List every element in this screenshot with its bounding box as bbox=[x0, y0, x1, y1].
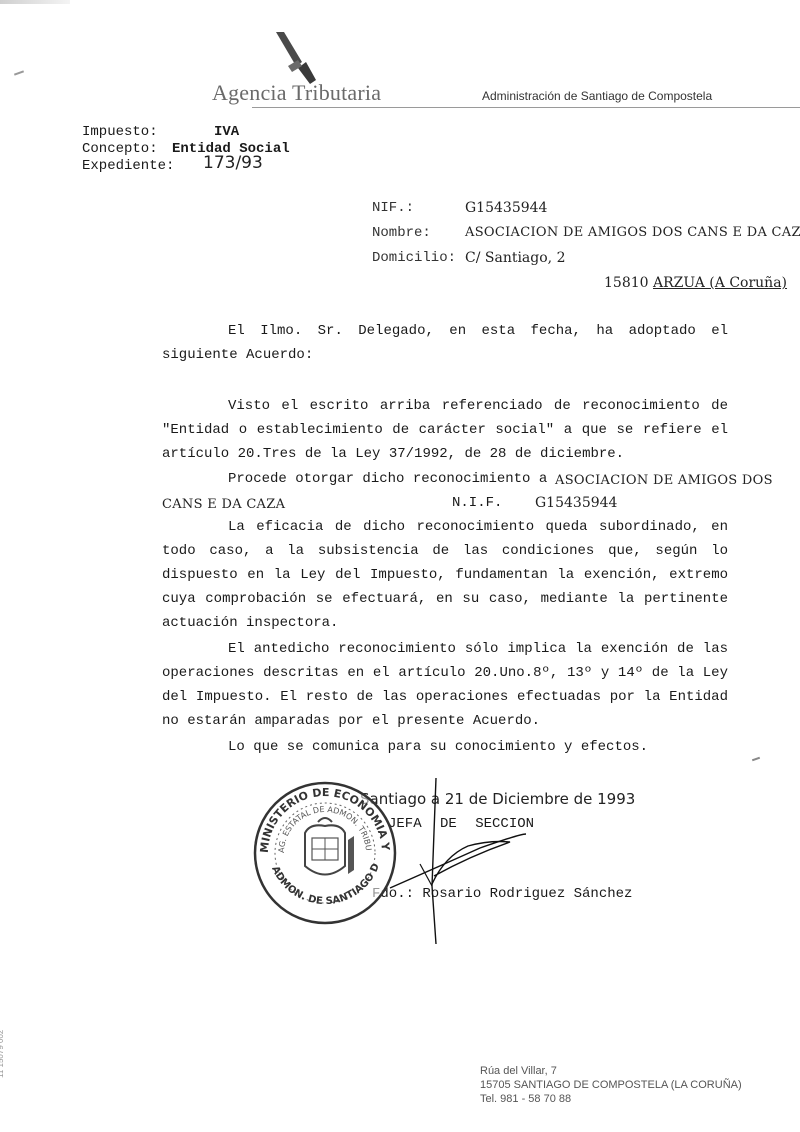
form-code: 11 15079 002 bbox=[0, 1030, 5, 1078]
postal-code: 15810 bbox=[604, 275, 649, 291]
header-divider bbox=[252, 107, 800, 108]
footer-city: 15705 SANTIAGO DE COMPOSTELA (LA CORUÑA) bbox=[480, 1078, 742, 1092]
footer-street: Rúa del Villar, 7 bbox=[480, 1064, 742, 1078]
agency-name: Agencia Tributaria bbox=[212, 80, 381, 106]
addressee-city-line: 15810 ARZUA (A Coruña) bbox=[604, 275, 787, 291]
city: ARZUA (A Coruña) bbox=[653, 275, 787, 291]
para1-text: Visto el escrito arriba referenciado de … bbox=[162, 394, 728, 466]
paragraph-5: Lo que se comunica para su conocimiento … bbox=[162, 735, 728, 759]
nif-value: G15435944 bbox=[465, 200, 547, 216]
para2-line1: Procede otorgar dicho reconocimiento a A… bbox=[162, 467, 728, 491]
impuesto-value: IVA bbox=[214, 124, 239, 141]
domicilio-label: Domicilio: bbox=[372, 250, 456, 266]
expediente-label: Expediente: bbox=[82, 158, 174, 175]
footer-phone: Tel. 981 - 58 70 88 bbox=[480, 1092, 742, 1106]
para2-nif-value: G15435944 bbox=[535, 491, 617, 515]
domicilio-value: C/ Santiago, 2 bbox=[465, 250, 565, 266]
para3-text: La eficacia de dicho reconocimiento qued… bbox=[162, 515, 728, 635]
para2-text: Procede otorgar dicho reconocimiento a bbox=[228, 467, 547, 491]
scan-mark-artifact bbox=[14, 70, 24, 75]
impuesto-label: Impuesto: bbox=[82, 124, 158, 141]
footer-address: Rúa del Villar, 7 15705 SANTIAGO DE COMP… bbox=[480, 1064, 742, 1106]
para4-text: El antedicho reconocimiento sólo implica… bbox=[162, 637, 728, 733]
paragraph-3: La eficacia de dicho reconocimiento qued… bbox=[162, 515, 728, 635]
concepto-label: Concepto: bbox=[82, 141, 158, 158]
nombre-label: Nombre: bbox=[372, 225, 431, 241]
para5-text: Lo que se comunica para su conocimiento … bbox=[162, 735, 728, 759]
agencia-tributaria-logo-icon bbox=[276, 32, 316, 84]
para2-nif-label: N.I.F. bbox=[452, 491, 502, 515]
paragraph-2: Procede otorgar dicho reconocimiento a A… bbox=[162, 467, 728, 515]
scan-mark-artifact bbox=[752, 757, 760, 762]
intro-text: El Ilmo. Sr. Delegado, en esta fecha, ha… bbox=[162, 319, 728, 367]
nombre-value: ASOCIACION DE AMIGOS DOS CANS E DA CAZA bbox=[465, 225, 800, 240]
para2-entity-line1: ASOCIACION DE AMIGOS DOS bbox=[555, 469, 773, 493]
expediente-value: 173/93 bbox=[203, 155, 263, 172]
para2-line2: CANS E DA CAZA N.I.F. G15435944 bbox=[162, 491, 728, 515]
nif-label: NIF.: bbox=[372, 200, 414, 216]
administration-name: Administración de Santiago de Compostela bbox=[482, 89, 712, 103]
scan-edge-artifact bbox=[0, 0, 70, 4]
handwritten-signature bbox=[350, 776, 540, 946]
paragraph-4: El antedicho reconocimiento sólo implica… bbox=[162, 637, 728, 733]
para2-entity-line2: CANS E DA CAZA bbox=[162, 493, 285, 517]
intro-paragraph: El Ilmo. Sr. Delegado, en esta fecha, ha… bbox=[162, 319, 728, 367]
paragraph-1: Visto el escrito arriba referenciado de … bbox=[162, 394, 728, 466]
